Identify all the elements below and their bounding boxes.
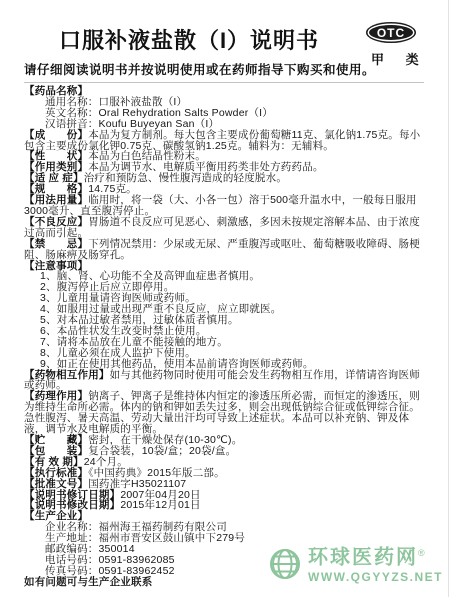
section-label: 【用法用量】 (24, 194, 88, 206)
otc-block: OTC 甲 类 (362, 22, 420, 68)
otc-class-label: 甲 类 (362, 49, 420, 68)
document-body: 【药品名称】通用名称：口服补液盐散（I）英文名称：Oral Rehydratio… (0, 83, 448, 588)
leaflet-header: 口服补液盐散（I）说明书 OTC 甲 类 请仔细阅读说明书并按说明使用或在药师指… (0, 0, 448, 83)
otc-badge-label: OTC (377, 26, 405, 40)
leaflet-line: 【禁 忌】下列情况禁用：少尿或无尿、严重腹泻或呕吐、葡萄糖吸收障碍、肠梗阻、肠麻… (24, 239, 426, 261)
watermark-text: 环球医药网® WWW.QGYYZS.NET (308, 543, 443, 584)
page-title: 口服补液盐散（I）说明书 (24, 24, 354, 55)
section-label: 【不良反应】 (24, 216, 88, 228)
leaflet-line: 【不良反应】胃肠道不良反应可见恶心、刺激感，多因未按规定溶解本品、由于浓度过高而… (24, 217, 426, 239)
leaflet-line: 【成 份】本品为复方制剂。每大包含主要成份葡萄糖11克、氯化钠1.75克。每小包… (24, 130, 426, 152)
header-divider (24, 82, 424, 83)
leaflet-line: 【药物相互作用】如与其他药物同时使用可能会发生药物相互作用，详情请咨询医师或药师… (24, 370, 426, 392)
otc-badge-icon: OTC (366, 22, 416, 43)
watermark-site-name: 环球医药网® (308, 543, 443, 568)
section-label: 【禁 忌】 (24, 238, 88, 250)
drug-leaflet: 口服补液盐散（I）说明书 OTC 甲 类 请仔细阅读说明书并按说明使用或在药师指… (0, 0, 449, 597)
watermark: 环球医药网® WWW.QGYYZS.NET (267, 543, 443, 584)
leaflet-line: 【药理作用】钠离子、钾离子是维持体内恒定的渗透压所必需，而恒定的渗透压，则为维持… (24, 391, 426, 435)
site-name-text: 环球医药网 (308, 547, 418, 569)
section-label: 【成 份】 (24, 129, 88, 141)
registered-mark: ® (418, 548, 425, 558)
section-label: 【药理作用】 (24, 390, 88, 402)
section-label: 【药物相互作用】 (24, 369, 110, 381)
watermark-site-url: WWW.QGYYZS.NET (308, 570, 443, 584)
leaflet-line: 【用法用量】临用时，将一袋（大、小各一包）溶于500毫升温水中，一般每日服用30… (24, 195, 426, 217)
globe-icon (267, 546, 303, 582)
